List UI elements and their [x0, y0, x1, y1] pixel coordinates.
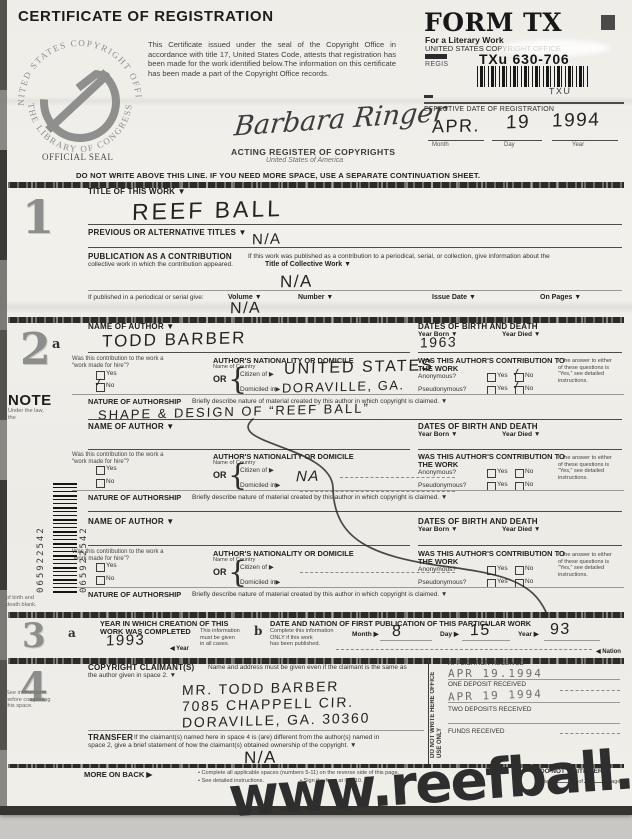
note-heading: NOTE [8, 392, 52, 409]
section3-number: 3 [22, 616, 46, 656]
sidenote-line: “Yes,” see detailed [558, 371, 604, 377]
effective-day-value: 19 [506, 112, 531, 135]
registration-barcode [477, 66, 588, 87]
pub-year-label: Year ▶ [518, 630, 539, 638]
transfer-value: N/A [244, 748, 277, 769]
year-died-label: Year Died ▼ [502, 331, 540, 338]
collective-line [88, 290, 622, 291]
office-dash [560, 733, 620, 734]
year-marker: ◀ Year [170, 645, 189, 652]
note-line: See instructions [6, 690, 46, 696]
citizen-of-label: Citizen of ▶ [240, 370, 274, 378]
hire-question: Was this contribution to the work a “wor… [72, 452, 212, 465]
hire-yes-label: Yes [106, 562, 117, 569]
publication-contribution-label: PUBLICATION AS A CONTRIBUTION [88, 252, 232, 261]
pub-year-line [544, 640, 600, 641]
office-use-vertical-label: DO NOT WRITE HERE OFFICE USE ONLY [430, 662, 444, 758]
section2-number: 2 [20, 324, 51, 375]
nature-label: NATURE OF AUTHORSHIP [88, 590, 181, 599]
sidenote-line: of these questions is [558, 365, 609, 371]
note-line: ONLY if this work [270, 635, 313, 641]
complete-info-note: Complete this information ONLY if this w… [270, 628, 342, 648]
dates-birth-death-label: DATES OF BIRTH AND DEATH [418, 322, 538, 331]
paper-fold [0, 300, 632, 314]
pub-month-value: 8 [392, 623, 403, 641]
transfer-hint1: If the claimant(s) named here in space 4… [134, 734, 379, 741]
margin-note-bottom: of birth and death blank. [6, 595, 64, 608]
registration-number: TXu 630-706 [479, 51, 570, 67]
certificate-title: CERTIFICATE OF REGISTRATION [18, 8, 274, 25]
certificate-intro-text: This Certificate issued under the seal o… [148, 40, 396, 78]
issue-date-label: Issue Date ▼ [432, 294, 476, 301]
hire-question: Was this contribution to the work a “wor… [72, 549, 212, 562]
periodical-hint: If published in a periodical or serial g… [88, 294, 204, 301]
anonymous-no-label: No [525, 372, 533, 379]
title-of-work-value: REEF BALL [132, 195, 284, 226]
pseudonymous-yes-label: Yes [497, 385, 508, 392]
svg-text:UNITED STATES COPYRIGHT OFFICE: UNITED STATES COPYRIGHT OFFICE [8, 30, 144, 106]
row-line [72, 394, 624, 395]
author1-name-value: TODD BARBER [102, 328, 247, 352]
note-line: of birth and [6, 595, 34, 601]
office-line [448, 702, 620, 703]
pub-month-line [380, 640, 432, 641]
title-line [88, 224, 622, 225]
sidenote-line: instructions. [558, 378, 588, 384]
note-line: in all cases. [200, 641, 229, 647]
previous-titles-value: N/A [252, 231, 282, 249]
month-line [428, 140, 484, 141]
section4-margin-note: See instructions before completing this … [6, 690, 66, 710]
office-line [448, 723, 620, 724]
divider-line [424, 102, 624, 104]
checkmark-icon: ✓ [93, 375, 104, 389]
hire-no-checkbox [96, 479, 105, 488]
handwritten-strike-curve [200, 410, 580, 620]
deposit-barcode [53, 483, 77, 593]
section3b-letter: b [254, 624, 262, 638]
transfer-label: TRANSFER [88, 733, 133, 742]
effective-year-value: 1994 [552, 109, 601, 132]
claimant-hint2: the author given in space 2. ▼ [88, 672, 176, 679]
scan-mark [425, 54, 447, 59]
nature-label: NATURE OF AUTHORSHIP [88, 397, 181, 406]
title-of-work-label: TITLE OF THIS WORK ▼ [88, 187, 186, 196]
collective-work-label: Title of Collective Work ▼ [265, 261, 351, 268]
note-line: Under the law, [8, 408, 44, 414]
author1-born-value: 1963 [420, 334, 458, 351]
day-line [492, 140, 542, 141]
hire-yes-checkbox [96, 466, 105, 475]
contribution-label2: THE WORK [418, 364, 458, 373]
author1-domicile-value: DORAVILLE, GA. [282, 377, 405, 395]
previous-titles-line [88, 247, 622, 248]
office-line [448, 679, 620, 680]
scan-mark [424, 95, 433, 98]
author2-name-label: NAME OF AUTHOR ▼ [88, 422, 174, 431]
or-label: OR [213, 374, 227, 384]
pseudonymous-no-label: No [525, 385, 533, 392]
hire-no-label: No [106, 478, 114, 485]
register-title: ACTING REGISTER OF COPYRIGHTS [231, 147, 395, 157]
author1-name-line [88, 352, 410, 353]
publication-contribution-hint2: collective work in which the contributio… [88, 261, 233, 268]
hire-no-label: No [106, 382, 114, 389]
section2a-letter: a [52, 337, 60, 352]
anonymous-label: Anonymous? [418, 373, 456, 380]
year-label: Year [572, 142, 584, 148]
pub-day-label: Day ▶ [440, 630, 459, 638]
claimant-line [88, 730, 424, 731]
effective-date-label: EFFECTIVE DATE OF REGISTRATION [424, 106, 554, 113]
author1-dates-line [418, 352, 622, 353]
note-margin-text: Under the law, the [8, 408, 66, 421]
anonymous-yes-checkbox [487, 373, 496, 382]
previous-titles-label: PREVIOUS OR ALTERNATIVE TITLES ▼ [88, 228, 247, 237]
hire-no-checkbox [96, 576, 105, 585]
more-on-back-label: MORE ON BACK ▶ [84, 770, 152, 779]
anonymous-yes-label: Yes [497, 372, 508, 379]
note-line: this space. [6, 703, 33, 709]
volume-value: N/A [230, 300, 262, 319]
must-be-given-note: This information must be given in all ca… [200, 628, 258, 648]
claimant-hint1: Name and address must be given even if t… [208, 664, 407, 671]
on-pages-label: On Pages ▼ [540, 294, 581, 301]
pub-day-line [462, 640, 510, 641]
copyright-office-seal-icon: UNITED STATES COPYRIGHT OFFICE THE LIBRA… [8, 30, 148, 166]
note-line: the [8, 415, 16, 421]
registration-number-label: REGIS [425, 61, 448, 68]
hire-yes-label: Yes [106, 370, 117, 377]
scan-artifact-square [601, 15, 615, 30]
one-deposit-label: ONE DEPOSIT RECEIVED [448, 681, 526, 688]
deposit-number-right: 065922542 [79, 487, 89, 593]
pub-day-value: 15 [470, 622, 491, 641]
hire-question-line1: Was this contribution to the work a [72, 356, 164, 362]
transfer-hint2: space 2, give a brief statement of how t… [88, 742, 356, 749]
scanned-certificate: CERTIFICATE OF REGISTRATION UNITED STATE… [0, 0, 632, 839]
official-seal-caption: OFFICIAL SEAL [42, 152, 113, 162]
note-line: Complete this information [270, 628, 333, 634]
register-subtitle: United States of America [266, 157, 343, 164]
hire-question-line1: Was this contribution to the work a [72, 452, 164, 458]
hire-question: Was this contribution to the work a “wor… [72, 356, 212, 369]
funds-received-label: FUNDS RECEIVED [448, 728, 504, 735]
hire-yes-checkbox [96, 563, 105, 572]
do-not-write-divider: DO NOT WRITE ABOVE THIS LINE. IF YOU NEE… [76, 171, 480, 180]
two-deposits-label: TWO DEPOSITS RECEIVED [448, 706, 531, 713]
nation-dash-line [336, 649, 592, 650]
note-line: before completing [6, 697, 50, 703]
month-label: Month [432, 142, 449, 148]
claimant-label: COPYRIGHT CLAIMANT(S) [88, 663, 194, 672]
office-vertical-line1: DO NOT WRITE HERE [430, 695, 436, 758]
year-line [552, 140, 618, 141]
pub-month-label: Month ▶ [352, 630, 379, 638]
pseudonymous-label: Pseudonymous? [418, 386, 466, 393]
sidenote-line: If the answer to either [558, 358, 612, 364]
effective-month-value: APR. [432, 115, 481, 137]
section-bar [8, 612, 624, 618]
section3a-letter: a [68, 626, 76, 640]
note-line: has been published. [270, 641, 320, 647]
application-received-label: APPLICATION RECEIVED [448, 660, 524, 667]
note-line: This information [200, 628, 240, 634]
publication-contribution-hint: If this work was published as a contribu… [248, 253, 550, 260]
hire-yes-label: Yes [106, 465, 117, 472]
txu-annotation: TXU [549, 86, 572, 97]
deposit-number-left: 065922542 [36, 487, 46, 593]
contribution-sidenote: If the answer to either of these questio… [558, 358, 624, 384]
nation-marker: ◀ Nation [596, 648, 621, 655]
note-line: death blank. [6, 602, 36, 608]
nature-label: NATURE OF AUTHORSHIP [88, 493, 181, 502]
domiciled-in-label: Domiciled in▶ [240, 385, 280, 393]
checkmark-icon: ✓ [511, 365, 522, 379]
seal-ring-top-text: UNITED STATES COPYRIGHT OFFICE [8, 30, 144, 106]
form-name: FORM TX [424, 8, 562, 37]
year-completed-value: 1993 [106, 631, 146, 649]
pub-year-value: 93 [550, 621, 571, 640]
number-label: Number ▼ [298, 294, 333, 301]
day-label: Day [504, 142, 515, 148]
checkmark-icon: ✓ [511, 378, 522, 392]
author3-name-label: NAME OF AUTHOR ▼ [88, 517, 174, 526]
office-box-divider [428, 659, 429, 764]
hire-no-label: No [106, 575, 114, 582]
note-line: must be given [200, 635, 235, 641]
hire-question-line2: “work made for hire”? [72, 459, 129, 465]
hire-question-line2: “work made for hire”? [72, 363, 129, 369]
section1-number: 1 [22, 190, 54, 244]
office-dash [560, 690, 620, 691]
